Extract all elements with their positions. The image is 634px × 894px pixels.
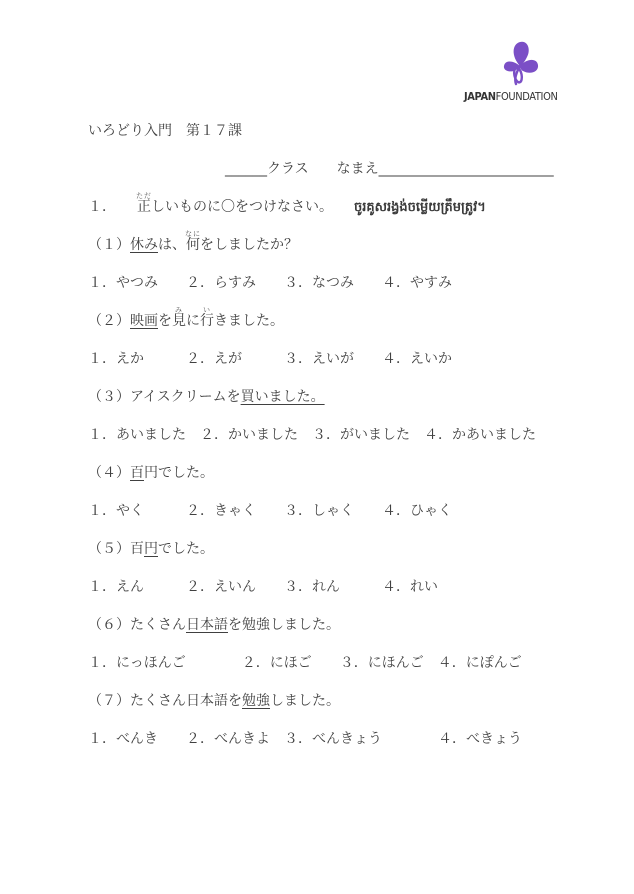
choice-gap (158, 731, 186, 747)
exercise-number-gap (109, 199, 137, 215)
question-line: （４）百円でした。 (88, 454, 588, 492)
question-number: （５） (88, 541, 130, 557)
prompt-text-ruby: 何なに (186, 237, 200, 253)
furigana: ただ (136, 192, 152, 200)
choice: １．やく (88, 503, 144, 519)
choices-line: １．にっほんご ２．にほご ３．にほんご ４．にぽんご (88, 644, 588, 682)
choice: ２．えいん (186, 579, 256, 595)
choice-gap (354, 351, 382, 367)
prompt-text-ruby: 見み (172, 313, 186, 329)
choice-gap (158, 275, 186, 291)
prompt-text: アイスクリームを (130, 389, 241, 405)
choices-line: １．あいました ２．かいました ３．がいました ４．かあいました (88, 416, 588, 454)
question-number: （１） (88, 237, 130, 253)
choice-gap (144, 579, 186, 595)
question-line: （６）たくさん日本語を勉強しました。 (88, 606, 588, 644)
choice: ４．かあいました (424, 427, 536, 443)
choice-gap (256, 275, 284, 291)
choice-gap (312, 655, 340, 671)
question-number: （７） (88, 693, 130, 709)
question-line: （１）休みは、何なにをしましたか？ (88, 226, 588, 264)
prompt-text: きました。 (214, 313, 284, 329)
choice: １．やつみ (88, 275, 158, 291)
choice-gap (186, 655, 242, 671)
choice-gap (186, 427, 200, 443)
prompt-text: を勉強しました。 (228, 617, 340, 633)
prompt-text: たくさん (130, 617, 186, 633)
khmer-instruction: ចូរគូសរង្វង់ចម្លើយត្រឹមត្រូវ។ (354, 200, 486, 215)
worksheet-page: JAPANFOUNDATION いろどり入門 第１７課 ______クラス なま… (0, 0, 634, 894)
prompt-text: 買いました。 (241, 389, 325, 405)
prompt-text: 百 (130, 541, 144, 557)
choice: ３．べんきょう (284, 731, 382, 747)
choice-gap (270, 731, 284, 747)
japan-foundation-wordmark: JAPANFOUNDATION (464, 91, 545, 103)
wordmark-japan: JAPAN (464, 91, 496, 103)
choice: ２．にほご (242, 655, 312, 671)
choice: ３．しゃく (284, 503, 354, 519)
choice: ４．ひゃく (382, 503, 452, 519)
class-blank: ______ (225, 161, 267, 177)
choice-gap (340, 579, 382, 595)
question-number: （４） (88, 465, 130, 481)
choice-gap (256, 579, 284, 595)
japan-foundation-logo: JAPANFOUNDATION (462, 40, 552, 106)
prompt-text: たくさん日本語を (130, 693, 242, 709)
page-title: いろどり入門 第１７課 (88, 123, 242, 139)
choice-gap (144, 503, 186, 519)
exercise-number: １． (88, 199, 109, 215)
prompt-text: しいものに〇をつけなさい。 (151, 199, 326, 215)
prompt-text: 映画 (130, 313, 158, 329)
prompt-text-ruby: 行い (200, 313, 214, 329)
exercise-instruction-line: １． 正ただしいものに〇をつけなさい。 ចូរគូសរង្វង់ចម្លើយត្… (88, 188, 588, 226)
prompt-text-ruby: 正ただ (137, 199, 151, 215)
choice: １．えか (88, 351, 144, 367)
prompt-text: 円でした。 (144, 465, 214, 481)
prompt-text: に (186, 313, 200, 329)
choice: ４．べきょう (438, 731, 522, 747)
choice: ３．にほんご (340, 655, 424, 671)
name-blank: _________________________ (379, 161, 554, 177)
choice-gap (354, 503, 382, 519)
prompt-text: は、 (158, 237, 186, 253)
class-name-line: ______クラス なまえ_________________________ (88, 150, 588, 188)
name-label: なまえ (337, 161, 379, 177)
choice: ２．べんきよ (186, 731, 270, 747)
prompt-text: しました。 (270, 693, 340, 709)
choice-gap (298, 427, 312, 443)
choice: ４．れい (382, 579, 438, 595)
choice: １．えん (88, 579, 144, 595)
choice: ２．えが (186, 351, 242, 367)
questions: （１）休みは、何なにをしましたか？１．やつみ ２．らすみ ３．なつみ ４．やすみ… (88, 226, 588, 758)
title-line: いろどり入門 第１７課 (88, 112, 588, 150)
choice-gap (242, 351, 284, 367)
question-number: （３） (88, 389, 130, 405)
choice: ３．えいが (284, 351, 354, 367)
furigana: なに (185, 230, 201, 238)
choices-line: １．やつみ ２．らすみ ３．なつみ ４．やすみ (88, 264, 588, 302)
question-line: （５）百円でした。 (88, 530, 588, 568)
furigana: み (172, 306, 186, 314)
prompt-text: 休み (130, 237, 158, 253)
label-gap (309, 161, 337, 177)
wordmark-foundation: FOUNDATION (496, 91, 558, 103)
prompt-text: を (158, 313, 172, 329)
choice: ２．かいました (200, 427, 298, 443)
question-number: （２） (88, 313, 130, 329)
choice: ２．らすみ (186, 275, 256, 291)
choice: ４．やすみ (382, 275, 452, 291)
choice-gap (410, 427, 424, 443)
prompt-text: をしましたか？ (200, 237, 298, 253)
prompt-text: 百 (130, 465, 144, 481)
worksheet-content: いろどり入門 第１７課 ______クラス なまえ_______________… (88, 112, 588, 758)
choice-gap (354, 275, 382, 291)
choice: ３．がいました (312, 427, 410, 443)
choices-line: １．えか ２．えが ３．えいが ４．えいか (88, 340, 588, 378)
choice: ３．れん (284, 579, 340, 595)
choice-gap (144, 351, 186, 367)
japan-foundation-flower-icon (503, 40, 539, 86)
exercise-instruction: 正ただしいものに〇をつけなさい。 (137, 199, 326, 215)
choice: １．にっほんご (88, 655, 186, 671)
khmer-gap (326, 199, 354, 215)
prompt-text: 勉強 (242, 693, 270, 709)
prompt-text: でした。 (158, 541, 214, 557)
furigana: い (200, 306, 214, 314)
class-label: クラス (267, 161, 309, 177)
choice: １．べんき (88, 731, 158, 747)
question-number: （６） (88, 617, 130, 633)
question-line: （３）アイスクリームを買いました。 (88, 378, 588, 416)
choice-gap (424, 655, 438, 671)
choice-gap (256, 503, 284, 519)
choice-gap (382, 731, 438, 747)
prompt-text: 円 (144, 541, 158, 557)
choice: １．あいました (88, 427, 186, 443)
question-line: （７）たくさん日本語を勉強しました。 (88, 682, 588, 720)
choices-line: １．べんき ２．べんきよ ３．べんきょう ４．べきょう (88, 720, 588, 758)
choice: ３．なつみ (284, 275, 354, 291)
choice: ４．にぽんご (438, 655, 522, 671)
choices-line: １．えん ２．えいん ３．れん ４．れい (88, 568, 588, 606)
question-line: （２）映画を見みに行いきました。 (88, 302, 588, 340)
prompt-text: 日本語 (186, 617, 228, 633)
choice: ２．きゃく (186, 503, 256, 519)
choice: ４．えいか (382, 351, 452, 367)
choices-line: １．やく ２．きゃく ３．しゃく ４．ひゃく (88, 492, 588, 530)
